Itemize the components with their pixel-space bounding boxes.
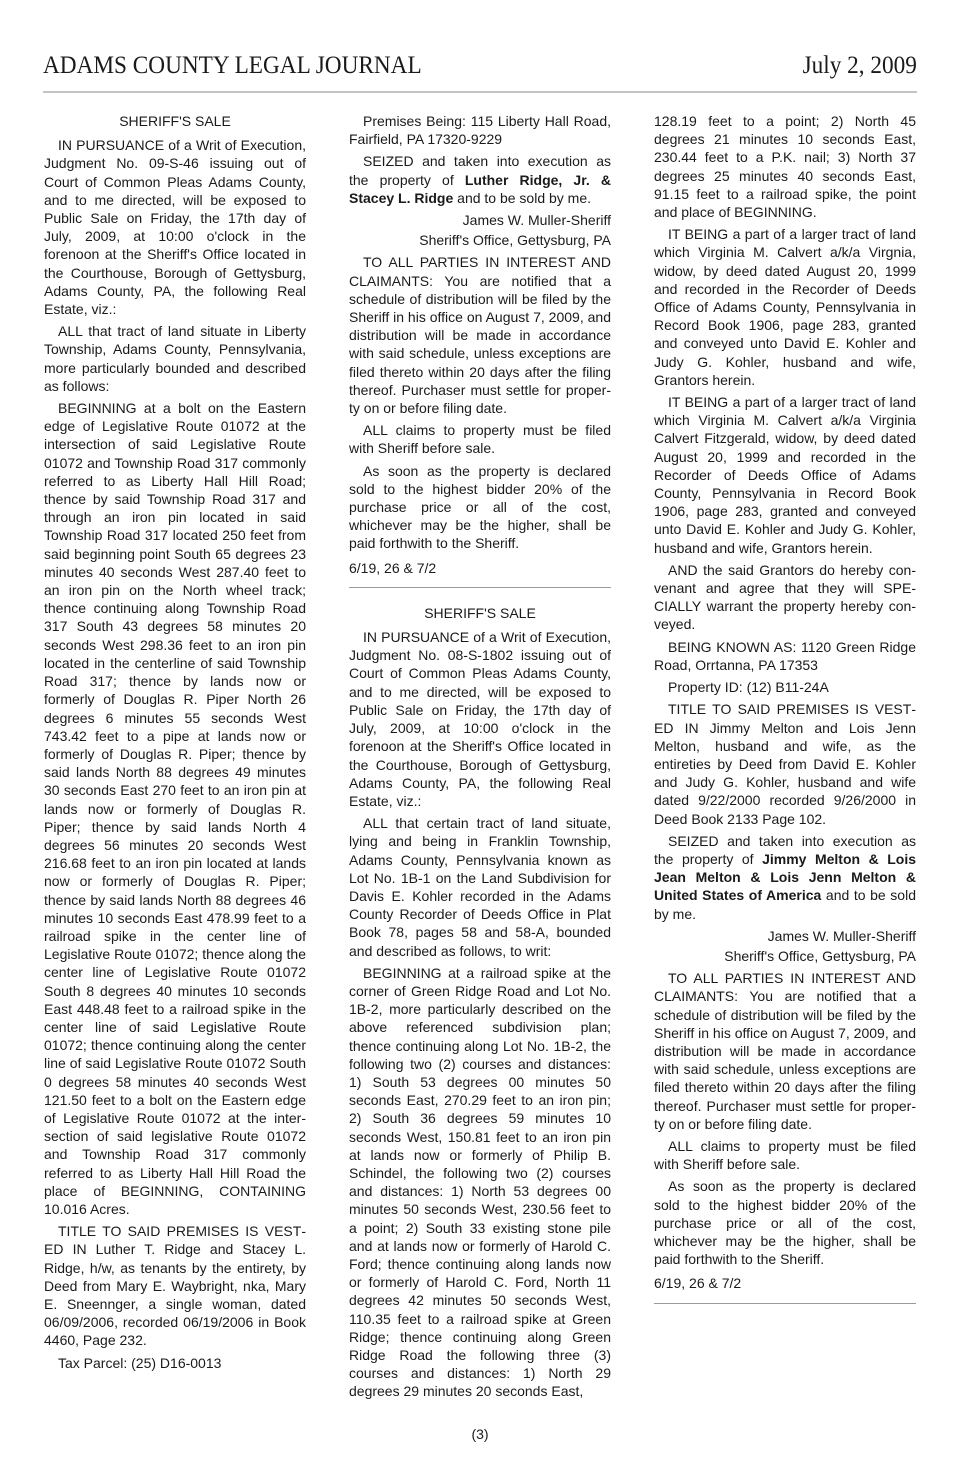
known-as-paragraph: BEING KNOWN AS: 1120 Green Ridge Road, O… [654,638,916,674]
pursuance-paragraph: IN PURSUANCE of a Writ of Execu­tion, Ju… [349,628,611,810]
masthead: ADAMS COUNTY LEGAL JOURNAL July 2, 2009 [43,52,917,86]
beginning-paragraph: BEGINNING at a bolt on the Eastern edge … [44,399,306,1218]
column-3: 128.19 feet to a point; 2) North 45 degr… [654,112,916,1320]
property-id: Property ID: (12) B11-24A [654,678,916,696]
journal-title: ADAMS COUNTY LEGAL JOURNAL [43,52,422,80]
run-dates: 6/19, 26 & 7/2 [654,1274,916,1292]
payment-paragraph: As soon as the property is declared sold… [349,462,611,553]
tax-parcel: Tax Parcel: (25) D16-0013 [44,1354,306,1372]
seized-suffix: and to be sold by me. [453,190,591,206]
notice-divider [349,587,611,588]
claims-paragraph: ALL claims to property must be filed wit… [654,1137,916,1173]
parties-notice-paragraph: TO ALL PARTIES IN INTEREST AND CLAIMANTS… [349,253,611,417]
beginning-paragraph-continued: 128.19 feet to a point; 2) North 45 degr… [654,112,916,221]
notice-heading: SHERIFF'S SALE [44,112,306,130]
it-being-paragraph-2: IT BEING a part of a larger tract of lan… [654,393,916,557]
tract-paragraph: ALL that tract of land situate in Libert… [44,322,306,395]
covenant-paragraph: AND the said Grantors do hereby con­vena… [654,561,916,634]
sheriff-name: James W. Muller-Sheriff [349,211,611,229]
premises-paragraph: Premises Being: 115 Liberty Hall Road, F… [349,112,611,148]
sheriff-office: Sheriff's Office, Gettysburg, PA [349,231,611,249]
payment-paragraph: As soon as the property is declared sold… [654,1177,916,1268]
seized-paragraph: SEIZED and taken into execution as the p… [349,152,611,207]
it-being-paragraph-1: IT BEING a part of a larger tract of lan… [654,225,916,389]
pursuance-paragraph: IN PURSUANCE of a Writ of Execu­tion, Ju… [44,136,306,318]
issue-date: July 2, 2009 [803,52,917,80]
parties-notice-paragraph: TO ALL PARTIES IN INTEREST AND CLAIMANTS… [654,969,916,1133]
sheriff-name: James W. Muller-Sheriff [654,927,916,945]
title-vested-paragraph: TITLE TO SAID PREMISES IS VEST­ED IN Jim… [654,700,916,827]
page-number: (3) [0,1426,960,1442]
seized-paragraph: SEIZED and taken into execution as the p… [654,832,916,923]
notice-divider [654,1303,916,1304]
column-1: SHERIFF'S SALE IN PURSUANCE of a Writ of… [44,112,306,1376]
run-dates: 6/19, 26 & 7/2 [349,559,611,577]
title-vested-paragraph: TITLE TO SAID PREMISES IS VEST­ED IN Lut… [44,1222,306,1349]
beginning-paragraph: BEGINNING at a railroad spike at the cor… [349,964,611,1401]
sheriff-office: Sheriff's Office, Gettysburg, PA [654,947,916,965]
notice-heading: SHERIFF'S SALE [349,604,611,622]
tract-paragraph: ALL that certain tract of land situate, … [349,814,611,960]
column-2: Premises Being: 115 Liberty Hall Road, F… [349,112,611,1405]
header-rule [43,91,917,93]
claims-paragraph: ALL claims to property must be filed wit… [349,421,611,457]
